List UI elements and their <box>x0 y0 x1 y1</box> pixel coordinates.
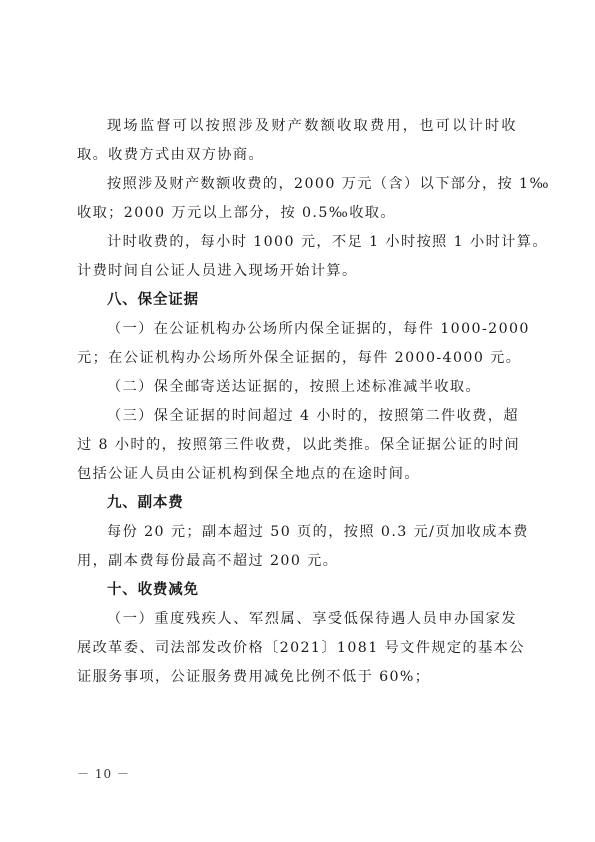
body-text-line: 取。收费方式由双方协商。 <box>77 146 517 164</box>
body-text-line: （三）保全证据的时间超过 4 小时的，按照第二件收费，超 <box>107 407 517 425</box>
page-number: － 10 － <box>77 765 130 782</box>
section-heading: 九、副本费 <box>107 494 517 512</box>
body-text-line: 元；在公证机构办公场所外保全证据的，每件 2000-4000 元。 <box>77 349 517 367</box>
body-text-line: 包括公证人员由公证机构到保全地点的在途时间。 <box>77 465 517 483</box>
section-heading: 八、保全证据 <box>107 291 517 309</box>
body-text-line: 证服务事项，公证服务费用减免比例不低于 60%； <box>77 668 517 686</box>
body-text-line: （二）保全邮寄送达证据的，按照上述标准减半收取。 <box>107 378 517 396</box>
body-text-line: 展改革委、司法部发改价格〔2021〕1081 号文件规定的基本公 <box>77 639 517 657</box>
body-text-line: 计时收费的，每小时 1000 元，不足 1 小时按照 1 小时计算。 <box>107 233 517 251</box>
body-text-line: 计费时间自公证人员进入现场开始计算。 <box>77 262 517 280</box>
body-text-line: 用，副本费每份最高不超过 200 元。 <box>77 552 517 570</box>
body-text-line: （一）在公证机构办公场所内保全证据的，每件 1000-2000 <box>107 320 517 338</box>
section-heading: 十、收费减免 <box>107 581 517 599</box>
body-text-line: 过 8 小时的，按照第三件收费，以此类推。保全证据公证的时间 <box>77 436 517 454</box>
document-page: 现场监督可以按照涉及财产数额收取费用，也可以计时收取。收费方式由双方协商。按照涉… <box>0 0 595 842</box>
body-text-line: 按照涉及财产数额收费的，2000 万元（含）以下部分，按 1‰ <box>107 175 517 193</box>
body-text-line: （一）重度残疾人、军烈属、享受低保待遇人员申办国家发 <box>107 610 517 628</box>
body-text-line: 现场监督可以按照涉及财产数额收取费用，也可以计时收 <box>107 117 517 135</box>
body-text-line: 每份 20 元；副本超过 50 页的，按照 0.3 元/页加收成本费 <box>107 523 517 541</box>
body-text-line: 收取；2000 万元以上部分，按 0.5‰收取。 <box>77 204 517 222</box>
